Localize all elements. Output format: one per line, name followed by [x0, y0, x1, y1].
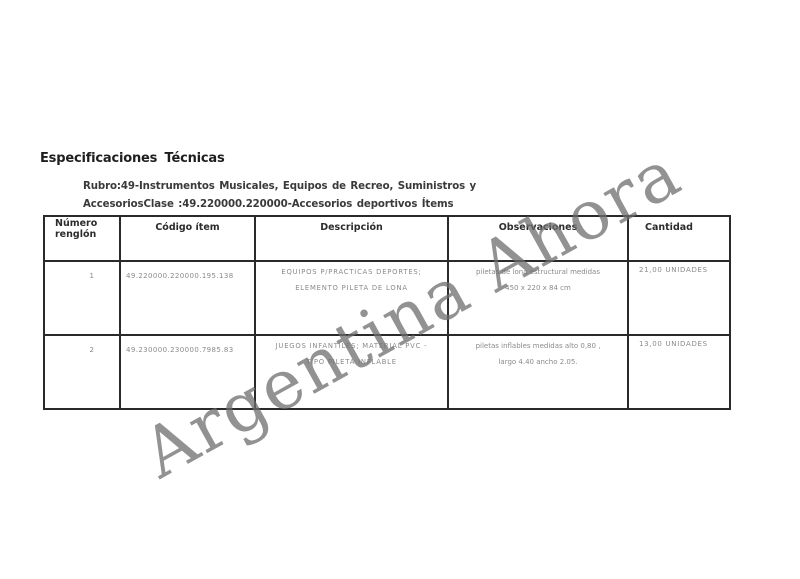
observaciones-line1: piletas de lona estructural medidas	[449, 264, 627, 280]
table-row: 1 49.220000.220000.195.138 EQUIPOS P/PRA…	[44, 261, 730, 335]
observaciones-line2: largo 4.40 ancho 2.05.	[449, 354, 627, 370]
specifications-table: Número renglón Código ítem Descripción O…	[43, 215, 731, 410]
observaciones-line2: 450 x 220 x 84 cm	[449, 280, 627, 296]
cell-descripcion: EQUIPOS P/PRACTICAS DEPORTES; ELEMENTO P…	[255, 261, 448, 335]
header-cantidad: Cantidad	[628, 216, 730, 261]
cell-descripcion: JUEGOS INFANTILES; MATERIAL PVC - TIPO P…	[255, 335, 448, 409]
header-numero-line1: Número	[55, 218, 119, 229]
rubro-line-1: Rubro:49-Instrumentos Musicales, Equipos…	[83, 181, 476, 192]
table-row: 2 49.230000.230000.7985.83 JUEGOS INFANT…	[44, 335, 730, 409]
cell-observaciones: piletas inflables medidas alto 0,80 , la…	[448, 335, 628, 409]
header-codigo-item: Código ítem	[120, 216, 255, 261]
rubro-line-2: AccesoriosClase :49.220000.220000-Acceso…	[83, 199, 454, 210]
cell-numero: 2	[44, 335, 120, 409]
cell-cantidad: 13,00 UNIDADES	[628, 335, 730, 409]
cell-codigo: 49.220000.220000.195.138	[120, 261, 255, 335]
cell-numero: 1	[44, 261, 120, 335]
cell-codigo: 49.230000.230000.7985.83	[120, 335, 255, 409]
cell-observaciones: piletas de lona estructural medidas 450 …	[448, 261, 628, 335]
table-header-row: Número renglón Código ítem Descripción O…	[44, 216, 730, 261]
header-observaciones: Observaciones	[448, 216, 628, 261]
descripcion-line2: TIPO PILETA INFLABLE	[256, 354, 447, 370]
header-numero-line2: renglón	[55, 229, 119, 240]
observaciones-line1: piletas inflables medidas alto 0,80 ,	[449, 338, 627, 354]
page-title: Especificaciones Técnicas	[40, 151, 225, 166]
descripcion-line2: ELEMENTO PILETA DE LONA	[256, 280, 447, 296]
cell-cantidad: 21,00 UNIDADES	[628, 261, 730, 335]
descripcion-line1: EQUIPOS P/PRACTICAS DEPORTES;	[256, 264, 447, 280]
descripcion-line1: JUEGOS INFANTILES; MATERIAL PVC -	[256, 338, 447, 354]
header-numero-renglon: Número renglón	[44, 216, 120, 261]
header-descripcion: Descripción	[255, 216, 448, 261]
